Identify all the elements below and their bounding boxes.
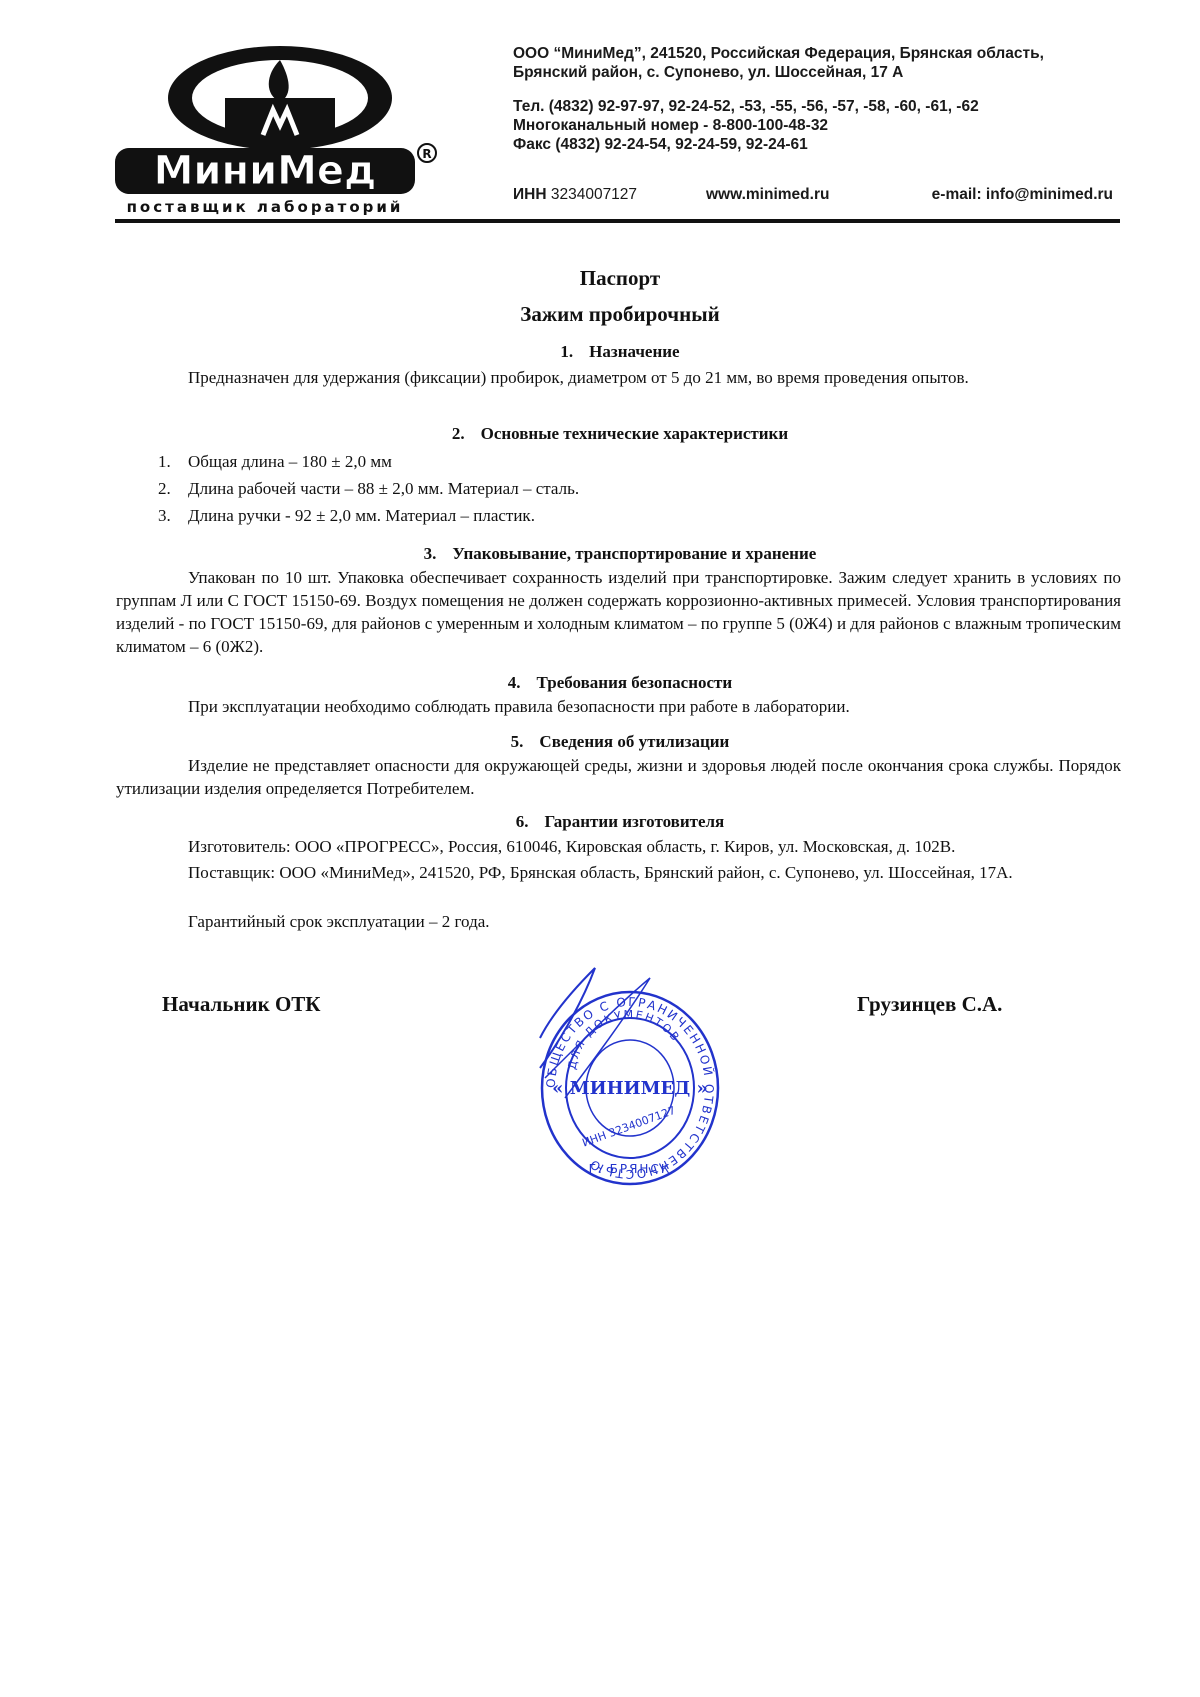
inn: ИНН 3234007127	[513, 186, 637, 204]
manufacturer-text: Изготовитель: ООО «ПРОГРЕСС», Россия, 61…	[116, 835, 1121, 858]
svg-text:Г. БРЯНСК: Г. БРЯНСК	[589, 1162, 672, 1176]
flame-emblem-icon: МиниМед R поставщик лабораторий	[115, 40, 445, 215]
company-contacts: ООО “МиниМед”, 241520, Российская Федера…	[513, 44, 1113, 154]
svg-text:ИНН 3234007127: ИНН 3234007127	[580, 1104, 677, 1150]
section-3-text: Упакован по 10 шт. Упаковка обеспечивает…	[116, 566, 1121, 658]
section-heading-5: 5.Сведения об утилизации	[0, 732, 1200, 752]
document-subtitle: Зажим пробирочный	[0, 302, 1200, 327]
section-heading-4: 4.Требования безопасности	[0, 673, 1200, 693]
header-divider	[115, 219, 1120, 223]
svg-text:МиниМед: МиниМед	[154, 148, 377, 194]
section-4-text: При эксплуатации необходимо соблюдать пр…	[116, 695, 1121, 718]
section-heading-2: 2.Основные технические характеристики	[0, 424, 1200, 444]
signer-name: Грузинцев С.А.	[857, 992, 1002, 1017]
multichannel-line: Многоканальный номер - 8-800-100-48-32	[513, 116, 1113, 135]
company-stamp: ОБЩЕСТВО С ОГРАНИЧЕННОЙ ОТВЕТСТВЕННОСТЬЮ…	[445, 948, 815, 1208]
section-5-text: Изделие не представляет опасности для ок…	[116, 754, 1121, 800]
stamp-seal-icon: ОБЩЕСТВО С ОГРАНИЧЕННОЙ ОТВЕТСТВЕННОСТЬЮ…	[445, 948, 815, 1208]
document-page: МиниМед R поставщик лабораторий ООО “Мин…	[0, 0, 1200, 1697]
warranty-text: Гарантийный срок эксплуатации – 2 года.	[116, 910, 1121, 933]
section-heading-1: 1.Назначение	[0, 342, 1200, 362]
section-1-text: Предназначен для удержания (фиксации) пр…	[116, 366, 1121, 389]
document-title: Паспорт	[0, 266, 1200, 291]
signer-position: Начальник ОТК	[162, 992, 321, 1017]
specs-list: 1.Общая длина – 180 ± 2,0 мм 2.Длина раб…	[116, 452, 1016, 533]
section-heading-6: 6.Гарантии изготовителя	[0, 812, 1200, 832]
email-link[interactable]: e-mail: info@minimed.ru	[932, 186, 1113, 204]
section-heading-3: 3.Упаковывание, транспортирование и хран…	[0, 544, 1200, 564]
list-item: 3.Длина ручки - 92 ± 2,0 мм. Материал – …	[116, 506, 1016, 533]
list-item: 1.Общая длина – 180 ± 2,0 мм	[116, 452, 1016, 479]
supplier-text: Поставщик: ООО «МиниМед», 241520, РФ, Бр…	[116, 861, 1121, 884]
phone-line: Тел. (4832) 92-97-97, 92-24-52, -53, -55…	[513, 97, 1113, 116]
svg-text:поставщик лабораторий: поставщик лабораторий	[127, 198, 404, 215]
svg-text:R: R	[422, 147, 431, 161]
list-item: 2.Длина рабочей части – 88 ± 2,0 мм. Мат…	[116, 479, 1016, 506]
address-line-1: ООО “МиниМед”, 241520, Российская Федера…	[513, 44, 1113, 63]
svg-text:« МИНИМЕД »: « МИНИМЕД »	[552, 1078, 708, 1099]
minimed-logo: МиниМед R поставщик лабораторий	[115, 40, 445, 215]
address-line-2: Брянский район, с. Супонево, ул. Шоссейн…	[513, 63, 1113, 82]
fax-line: Факс (4832) 92-24-54, 92-24-59, 92-24-61	[513, 135, 1113, 154]
website-link[interactable]: www.minimed.ru	[706, 186, 829, 204]
